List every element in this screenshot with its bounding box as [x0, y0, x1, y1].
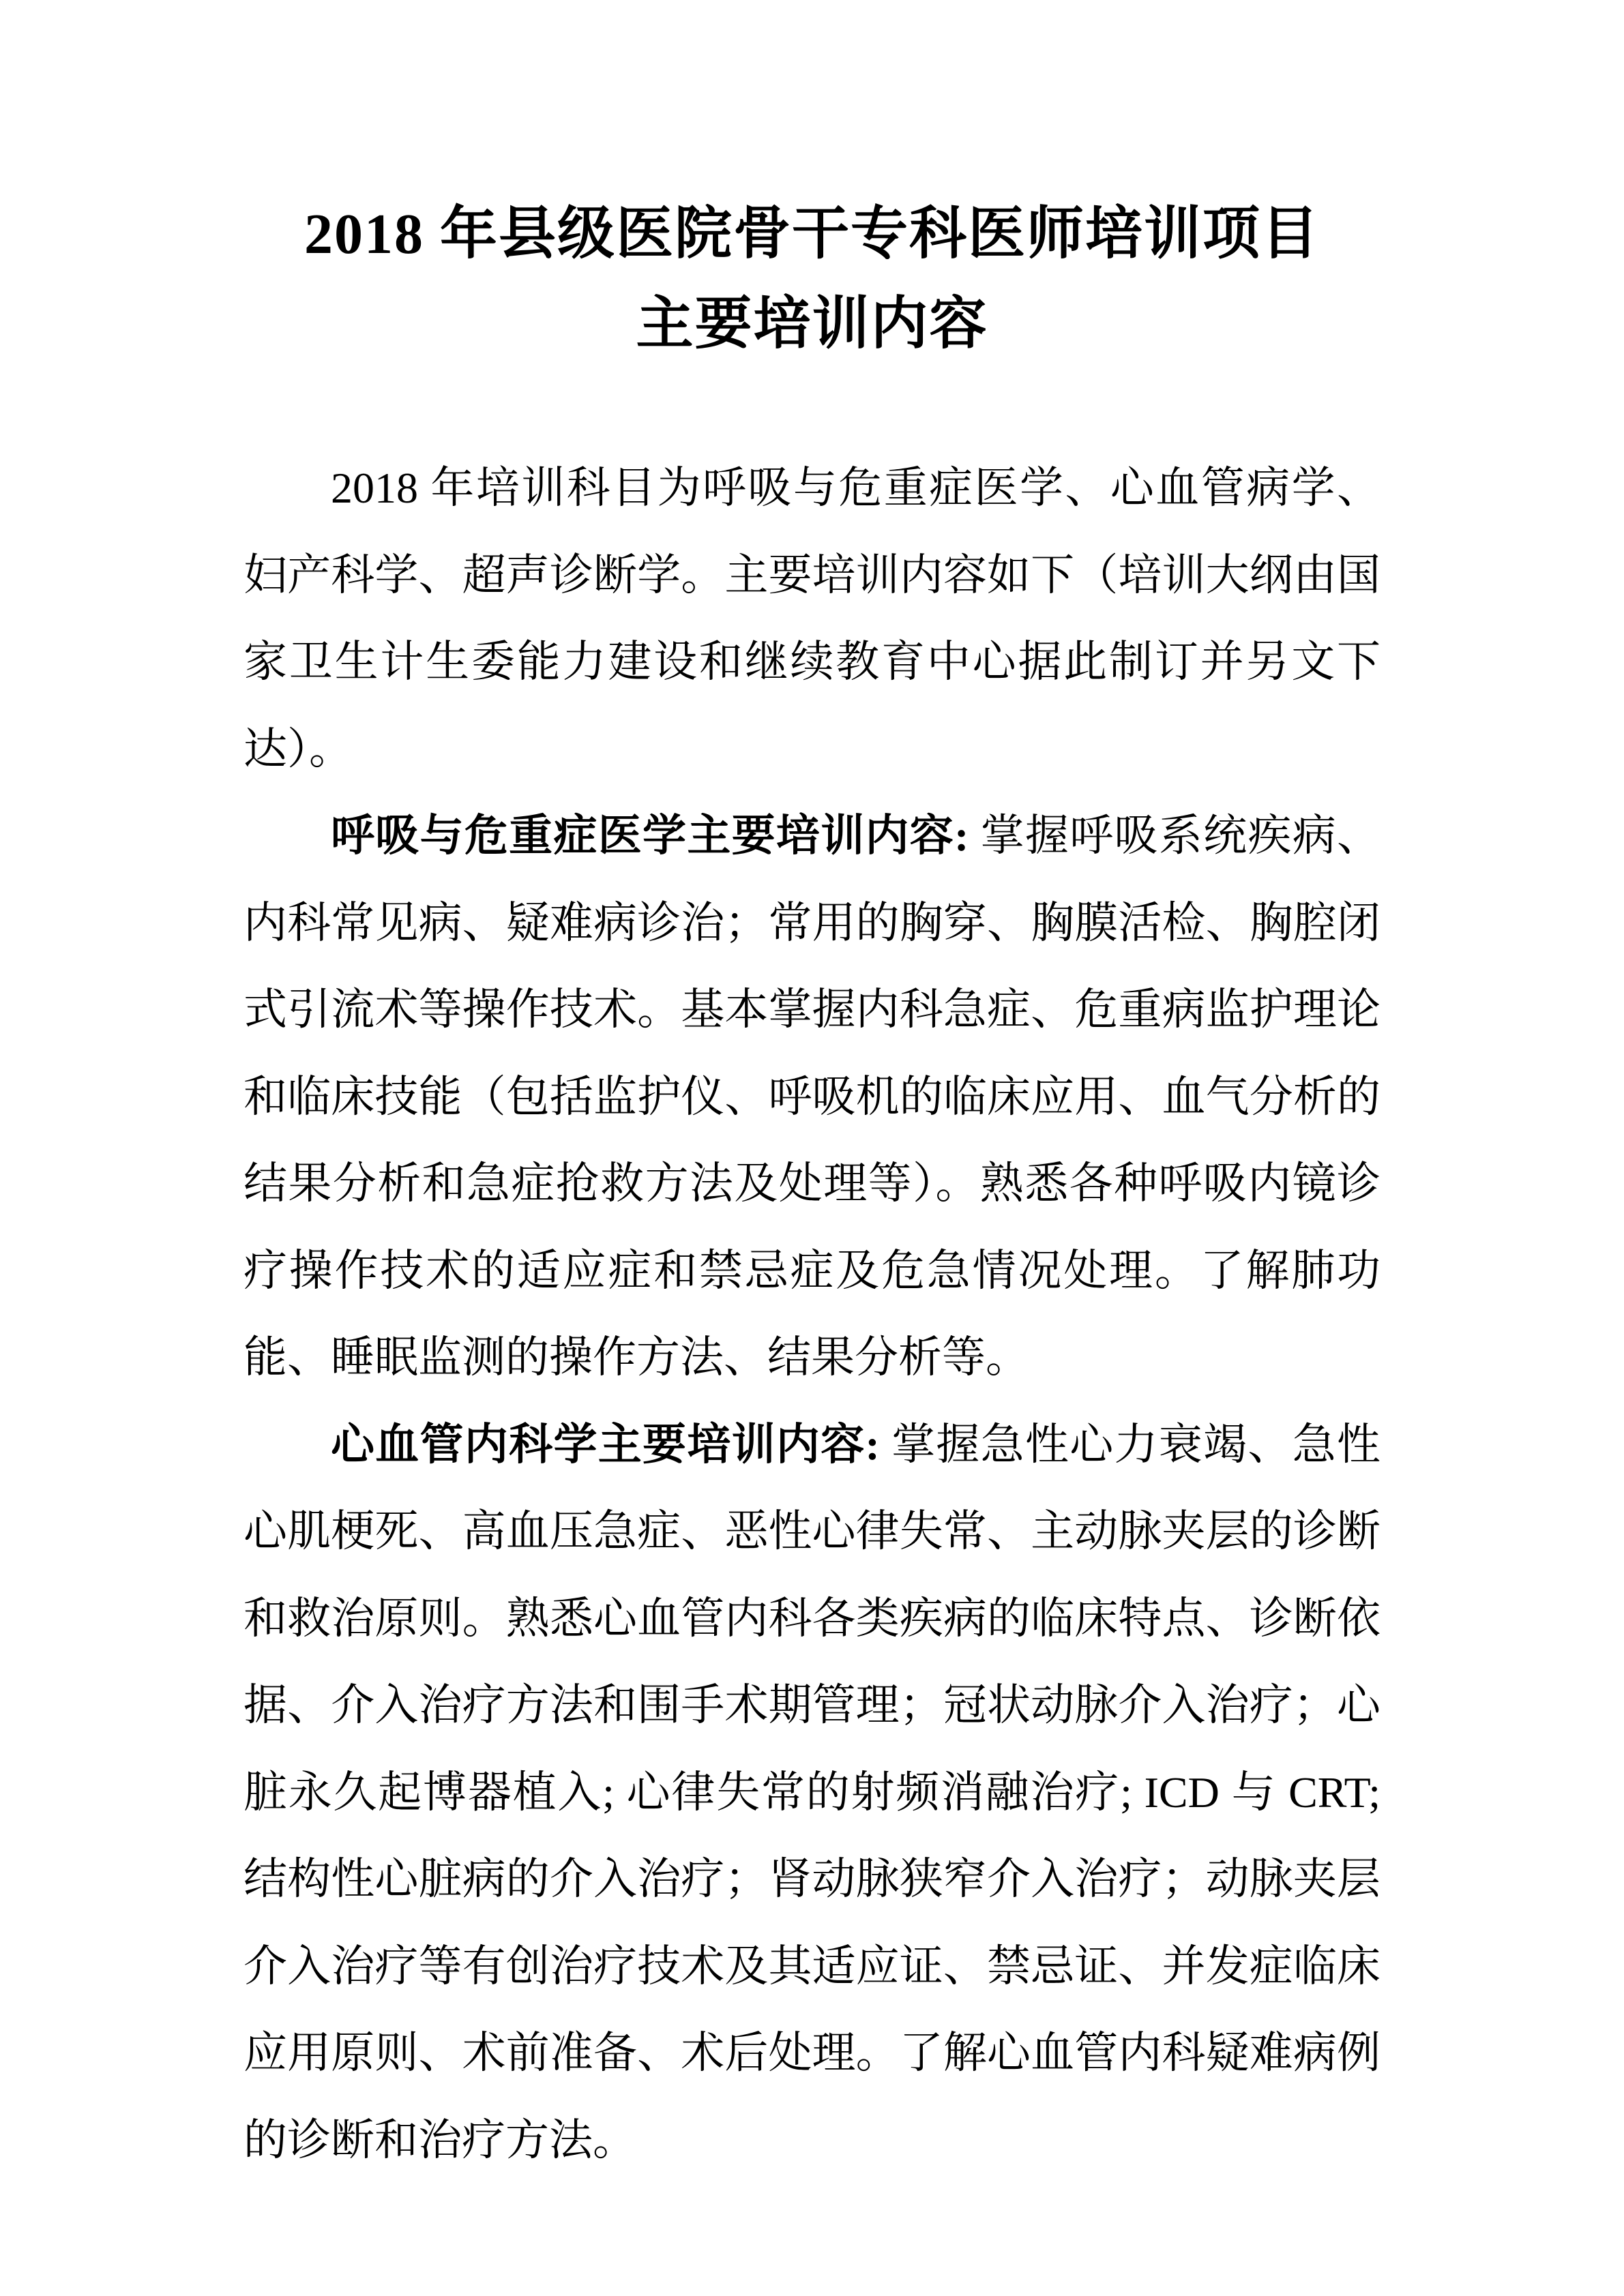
document-body: 2018 年培训科目为呼吸与危重症医学、心血管病学、妇产科学、超声诊断学。主要培…: [243, 445, 1381, 2183]
paragraph-respiratory-text: 掌握呼吸系统疾病、内科常见病、疑难病诊治；常用的胸穿、胸膜活检、胸腔闭式引流术等…: [243, 811, 1381, 1382]
paragraph-intro: 2018 年培训科目为呼吸与危重症医学、心血管病学、妇产科学、超声诊断学。主要培…: [243, 445, 1381, 792]
document-title-line1: 2018 年县级医院骨干专科医师培训项目: [243, 190, 1381, 280]
document-title-line2: 主要培训内容: [243, 280, 1381, 370]
paragraph-cardiology: 心血管内科学主要培训内容: 掌握急性心力衰竭、急性心肌梗死、高血压急症、恶性心律…: [243, 1401, 1381, 2184]
document-title: 2018 年县级医院骨干专科医师培训项目 主要培训内容: [243, 190, 1381, 370]
paragraph-intro-text: 2018 年培训科目为呼吸与危重症医学、心血管病学、妇产科学、超声诊断学。主要培…: [243, 464, 1381, 773]
paragraph-cardiology-text: 掌握急性心力衰竭、急性心肌梗死、高血压急症、恶性心律失常、主动脉夹层的诊断和救治…: [243, 1420, 1381, 2164]
paragraph-cardiology-lead: 心血管内科学主要培训内容:: [331, 1420, 880, 1469]
paragraph-respiratory-lead: 呼吸与危重症医学主要培训内容:: [331, 811, 969, 860]
paragraph-respiratory: 呼吸与危重症医学主要培训内容: 掌握呼吸系统疾病、内科常见病、疑难病诊治；常用的…: [243, 792, 1381, 1401]
document-page: 2018 年县级医院骨干专科医师培训项目 主要培训内容 2018 年培训科目为呼…: [0, 0, 1624, 2296]
